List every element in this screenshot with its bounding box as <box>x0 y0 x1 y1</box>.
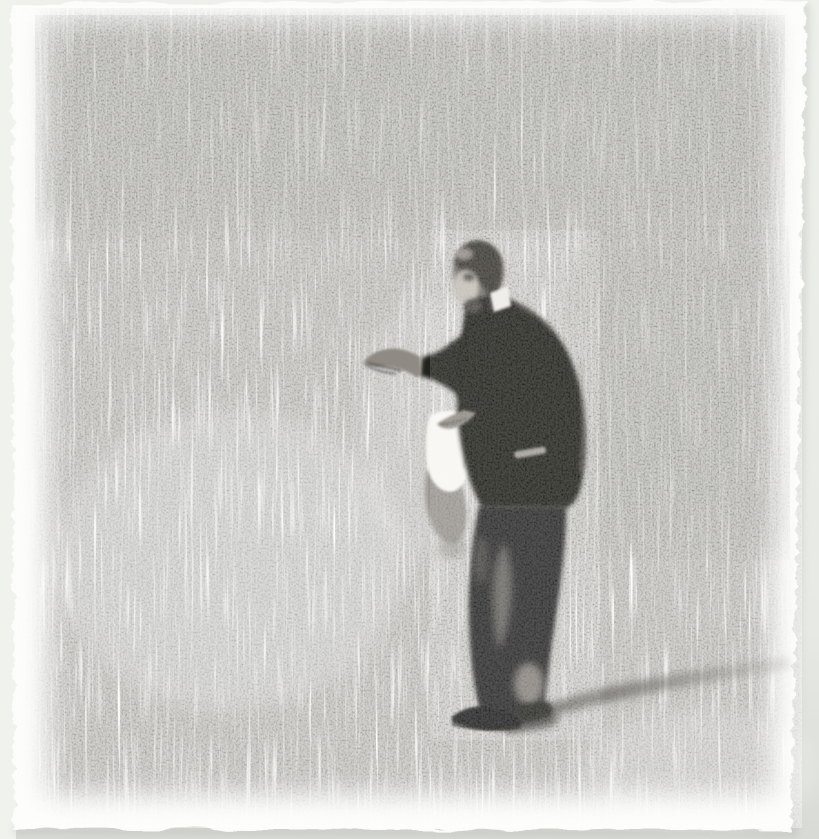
figure-grain <box>430 230 600 740</box>
paper-grain <box>16 6 802 828</box>
drawing-canvas <box>0 0 819 839</box>
photograph-of-drawing <box>0 0 819 839</box>
